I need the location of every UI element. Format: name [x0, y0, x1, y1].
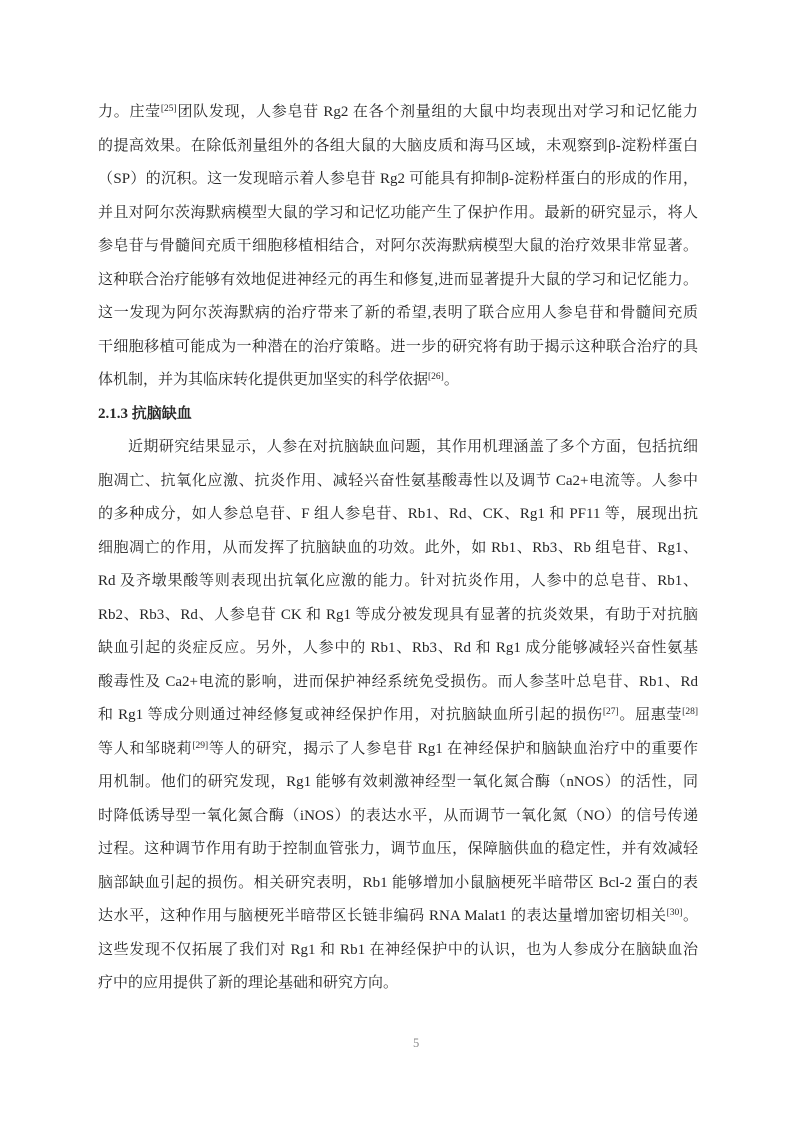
text-line: 过程。这种调节作用有助于控制血管张力，调节血压，保障脑供血的稳定性，并有效减轻 — [98, 833, 698, 867]
text-line: 参皂苷与骨髓间充质干细胞移植相结合，对阿尔茨海默病模型大鼠的治疗效果非常显著。 — [98, 230, 698, 264]
text-run: 的多种成分，如人参总皂苷、F 组人参皂苷、Rb1、Rd、CK、Rg1 和 PF1… — [98, 506, 698, 522]
text-run: Rd 及齐墩果酸等则表现出抗氧化应激的能力。针对抗炎作用，人参中的总皂苷、Rb1… — [98, 573, 698, 589]
text-run: 过程。这种调节作用有助于控制血管张力，调节血压，保障脑供血的稳定性，并有效减轻 — [98, 841, 698, 857]
text-line: 用机制。他们的研究发现，Rg1 能够有效刺激神经型一氧化氮合酶（nNOS）的活性… — [98, 766, 698, 800]
text-line: 这些发现不仅拓展了我们对 Rg1 和 Rb1 在神经保护中的认识，也为人参成分在… — [98, 934, 698, 968]
text-line: 时降低诱导型一氧化氮合酶（iNOS）的表达水平，从而调节一氧化氮（NO）的信号传… — [98, 800, 698, 834]
citation-ref: [30] — [667, 908, 683, 918]
text-line: 的提高效果。在除低剂量组外的各组大鼠的大脑皮质和海马区域，未观察到β-淀粉样蛋白 — [98, 130, 698, 164]
text-run: 胞凋亡、抗氧化应激、抗炎作用、减轻兴奋性氨基酸毒性以及调节 Ca2+电流等。人参… — [98, 473, 698, 489]
text-line: 细胞凋亡的作用，从而发挥了抗脑缺血的功效。此外，如 Rb1、Rb3、Rb 组皂苷… — [98, 532, 698, 566]
citation-ref: [29] — [192, 741, 208, 751]
text-run: 体机制，并为其临床转化提供更加坚实的科学依据 — [98, 372, 428, 388]
text-line: （SP）的沉积。这一发现暗示着人参皂苷 Rg2 可能具有抑制β-淀粉样蛋白的形成… — [98, 163, 698, 197]
paragraph-anti-ischemia: 近期研究结果显示，人参在对抗脑缺血问题，其作用机理涵盖了多个方面，包括抗细胞凋亡… — [98, 431, 698, 1001]
text-run: 团队发现，人参皂苷 Rg2 在各个剂量组的大鼠中均表现出对学习和记忆能力 — [177, 104, 698, 120]
text-line: 缺血引起的炎症反应。另外，人参中的 Rb1、Rb3、Rd 和 Rg1 成分能够减… — [98, 632, 698, 666]
text-run: 细胞凋亡的作用，从而发挥了抗脑缺血的功效。此外，如 Rb1、Rb3、Rb 组皂苷… — [98, 540, 698, 556]
text-run: 缺血引起的炎症反应。另外，人参中的 Rb1、Rb3、Rd 和 Rg1 成分能够减… — [98, 640, 698, 656]
text-run: 用机制。他们的研究发现，Rg1 能够有效刺激神经型一氧化氮合酶（nNOS）的活性… — [98, 774, 698, 790]
text-line: Rb2、Rb3、Rd、人参皂苷 CK 和 Rg1 等成分被发现具有显著的抗炎效果… — [98, 599, 698, 633]
text-run: 这一发现为阿尔茨海默病的治疗带来了新的希望,表明了联合应用人参皂苷和骨髓间充质 — [98, 305, 698, 321]
text-line: 胞凋亡、抗氧化应激、抗炎作用、减轻兴奋性氨基酸毒性以及调节 Ca2+电流等。人参… — [98, 465, 698, 499]
text-line: 体机制，并为其临床转化提供更加坚实的科学依据[26]。 — [98, 364, 698, 398]
page-number: 5 — [413, 1035, 419, 1051]
body-text: 力。庄莹[25]团队发现，人参皂苷 Rg2 在各个剂量组的大鼠中均表现出对学习和… — [98, 96, 698, 1001]
citation-ref: [28] — [682, 707, 698, 717]
text-line: 并且对阿尔茨海默病模型大鼠的学习和记忆功能产生了保护作用。最新的研究显示，将人 — [98, 197, 698, 231]
citation-ref: [25] — [161, 104, 177, 114]
text-line: 这一发现为阿尔茨海默病的治疗带来了新的希望,表明了联合应用人参皂苷和骨髓间充质 — [98, 297, 698, 331]
text-run: 这些发现不仅拓展了我们对 Rg1 和 Rb1 在神经保护中的认识，也为人参成分在… — [98, 942, 698, 958]
text-run: 等人和邹晓莉 — [98, 741, 192, 757]
text-line: 等人和邹晓莉[29]等人的研究，揭示了人参皂苷 Rg1 在神经保护和脑缺血治疗中… — [98, 733, 698, 767]
text-run: 力。庄莹 — [98, 104, 161, 120]
text-line: 脑部缺血引起的损伤。相关研究表明，Rb1 能够增加小鼠脑梗死半暗带区 Bcl-2… — [98, 867, 698, 901]
text-run: 达水平，这种作用与脑梗死半暗带区长链非编码 RNA Malat1 的表达量增加密… — [98, 908, 667, 924]
text-run: 脑部缺血引起的损伤。相关研究表明，Rb1 能够增加小鼠脑梗死半暗带区 Bcl-2… — [98, 875, 698, 891]
text-line: 近期研究结果显示，人参在对抗脑缺血问题，其作用机理涵盖了多个方面，包括抗细 — [98, 431, 698, 465]
text-line: 疗中的应用提供了新的理论基础和研究方向。 — [98, 967, 698, 1001]
text-run: 近期研究结果显示，人参在对抗脑缺血问题，其作用机理涵盖了多个方面，包括抗细 — [128, 439, 698, 455]
text-run: 疗中的应用提供了新的理论基础和研究方向。 — [98, 975, 398, 991]
text-line: 力。庄莹[25]团队发现，人参皂苷 Rg2 在各个剂量组的大鼠中均表现出对学习和… — [98, 96, 698, 130]
text-run: 参皂苷与骨髓间充质干细胞移植相结合，对阿尔茨海默病模型大鼠的治疗效果非常显著。 — [98, 238, 698, 254]
text-line: 的多种成分，如人参总皂苷、F 组人参皂苷、Rb1、Rd、CK、Rg1 和 PF1… — [98, 498, 698, 532]
text-run: 这种联合治疗能够有效地促进神经元的再生和修复,进而显著提升大鼠的学习和记忆能力。 — [98, 272, 698, 288]
text-line: 和 Rg1 等成分则通过神经修复或神经保护作用，对抗脑缺血所引起的损伤[27]。… — [98, 699, 698, 733]
text-run: 的提高效果。在除低剂量组外的各组大鼠的大脑皮质和海马区域，未观察到β-淀粉样蛋白 — [98, 138, 698, 154]
text-run: 和 Rg1 等成分则通过神经修复或神经保护作用，对抗脑缺血所引起的损伤 — [98, 707, 603, 723]
text-run: 。屈惠莹 — [619, 707, 683, 723]
text-line: Rd 及齐墩果酸等则表现出抗氧化应激的能力。针对抗炎作用，人参中的总皂苷、Rb1… — [98, 565, 698, 599]
text-run: Rb2、Rb3、Rd、人参皂苷 CK 和 Rg1 等成分被发现具有显著的抗炎效果… — [98, 607, 698, 623]
text-run: 等人的研究，揭示了人参皂苷 Rg1 在神经保护和脑缺血治疗中的重要作 — [208, 741, 698, 757]
citation-ref: [27] — [603, 707, 619, 717]
text-run: 酸毒性及 Ca2+电流的影响，进而保护神经系统免受损伤。而人参茎叶总皂苷、Rb1… — [98, 674, 698, 690]
text-line: 干细胞移植可能成为一种潜在的治疗策略。进一步的研究将有助于揭示这种联合治疗的具 — [98, 331, 698, 365]
document-page: 力。庄莹[25]团队发现，人参皂苷 Rg2 在各个剂量组的大鼠中均表现出对学习和… — [0, 0, 793, 1122]
text-run: 。 — [444, 372, 459, 388]
text-run: 并且对阿尔茨海默病模型大鼠的学习和记忆功能产生了保护作用。最新的研究显示，将人 — [98, 205, 698, 221]
text-line: 达水平，这种作用与脑梗死半暗带区长链非编码 RNA Malat1 的表达量增加密… — [98, 900, 698, 934]
paragraph-continuation: 力。庄莹[25]团队发现，人参皂苷 Rg2 在各个剂量组的大鼠中均表现出对学习和… — [98, 96, 698, 398]
text-line: 这种联合治疗能够有效地促进神经元的再生和修复,进而显著提升大鼠的学习和记忆能力。 — [98, 264, 698, 298]
citation-ref: [26] — [428, 372, 444, 382]
text-run: 。 — [682, 908, 698, 924]
text-run: 干细胞移植可能成为一种潜在的治疗策略。进一步的研究将有助于揭示这种联合治疗的具 — [98, 339, 698, 355]
text-run: 时降低诱导型一氧化氮合酶（iNOS）的表达水平，从而调节一氧化氮（NO）的信号传… — [98, 808, 698, 824]
section-heading: 2.1.3 抗脑缺血 — [98, 398, 698, 432]
text-run: （SP）的沉积。这一发现暗示着人参皂苷 Rg2 可能具有抑制β-淀粉样蛋白的形成… — [98, 171, 698, 187]
text-line: 酸毒性及 Ca2+电流的影响，进而保护神经系统免受损伤。而人参茎叶总皂苷、Rb1… — [98, 666, 698, 700]
